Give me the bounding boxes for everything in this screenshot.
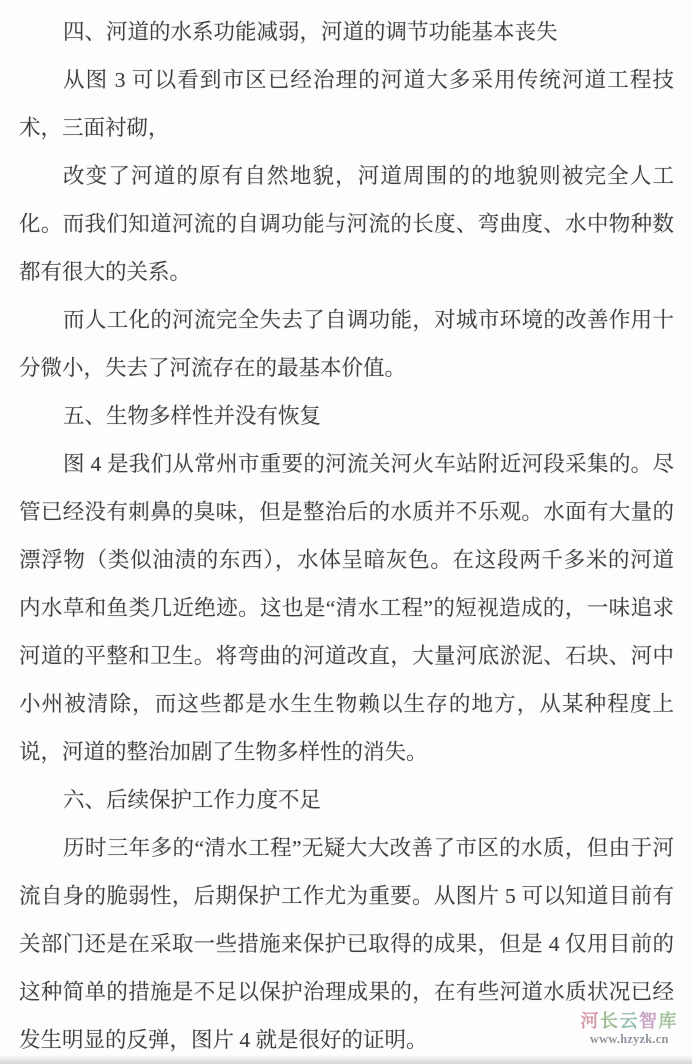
page-bottom-shade	[0, 1055, 692, 1064]
paragraph-channel-alteration: 改变了河道的原有自然地貌，河道周围的的地貌则被完全人工化。而我们知道河流的自调功…	[19, 152, 674, 296]
document-screenshot: { "page": { "background": "#fdfdfd", "te…	[0, 0, 692, 1064]
heading-section-five: 五、生物多样性并没有恢复	[19, 392, 674, 440]
watermark-brand-char: 云	[620, 1011, 640, 1031]
paragraph-figure3-intro: 从图 3 可以看到市区已经治理的河道大多采用传统河道工程技术，三面衬砌，	[19, 56, 674, 152]
watermark-brand-char: 长	[600, 1011, 620, 1031]
watermark-url: www.hzyzk.cn	[581, 1033, 679, 1046]
watermark-brand-char: 智	[639, 1011, 659, 1031]
paragraph-artificial-river: 而人工化的河流完全失去了自调功能，对城市环境的改善作用十分微小，失去了河流存在的…	[19, 296, 674, 392]
paragraph-followup-protection: 历时三年多的“清水工程”无疑大大改善了市区的水质，但由于河流自身的脆弱性，后期保…	[19, 824, 674, 1064]
document-page: 四、河道的水系功能减弱，河道的调节功能基本丧失 从图 3 可以看到市区已经治理的…	[0, 0, 692, 1064]
paragraph-biodiversity: 图 4 是我们从常州市重要的河流关河火车站附近河段采集的。尽管已经没有刺鼻的臭味…	[19, 440, 674, 776]
watermark-brand-char: 库	[659, 1011, 679, 1031]
watermark: 河长云智库 www.hzyzk.cn	[581, 1012, 679, 1046]
heading-section-four: 四、河道的水系功能减弱，河道的调节功能基本丧失	[19, 8, 674, 56]
watermark-brand-char: 河	[581, 1011, 601, 1031]
heading-section-six: 六、后续保护工作力度不足	[19, 776, 674, 824]
watermark-brand: 河长云智库	[581, 1012, 679, 1030]
